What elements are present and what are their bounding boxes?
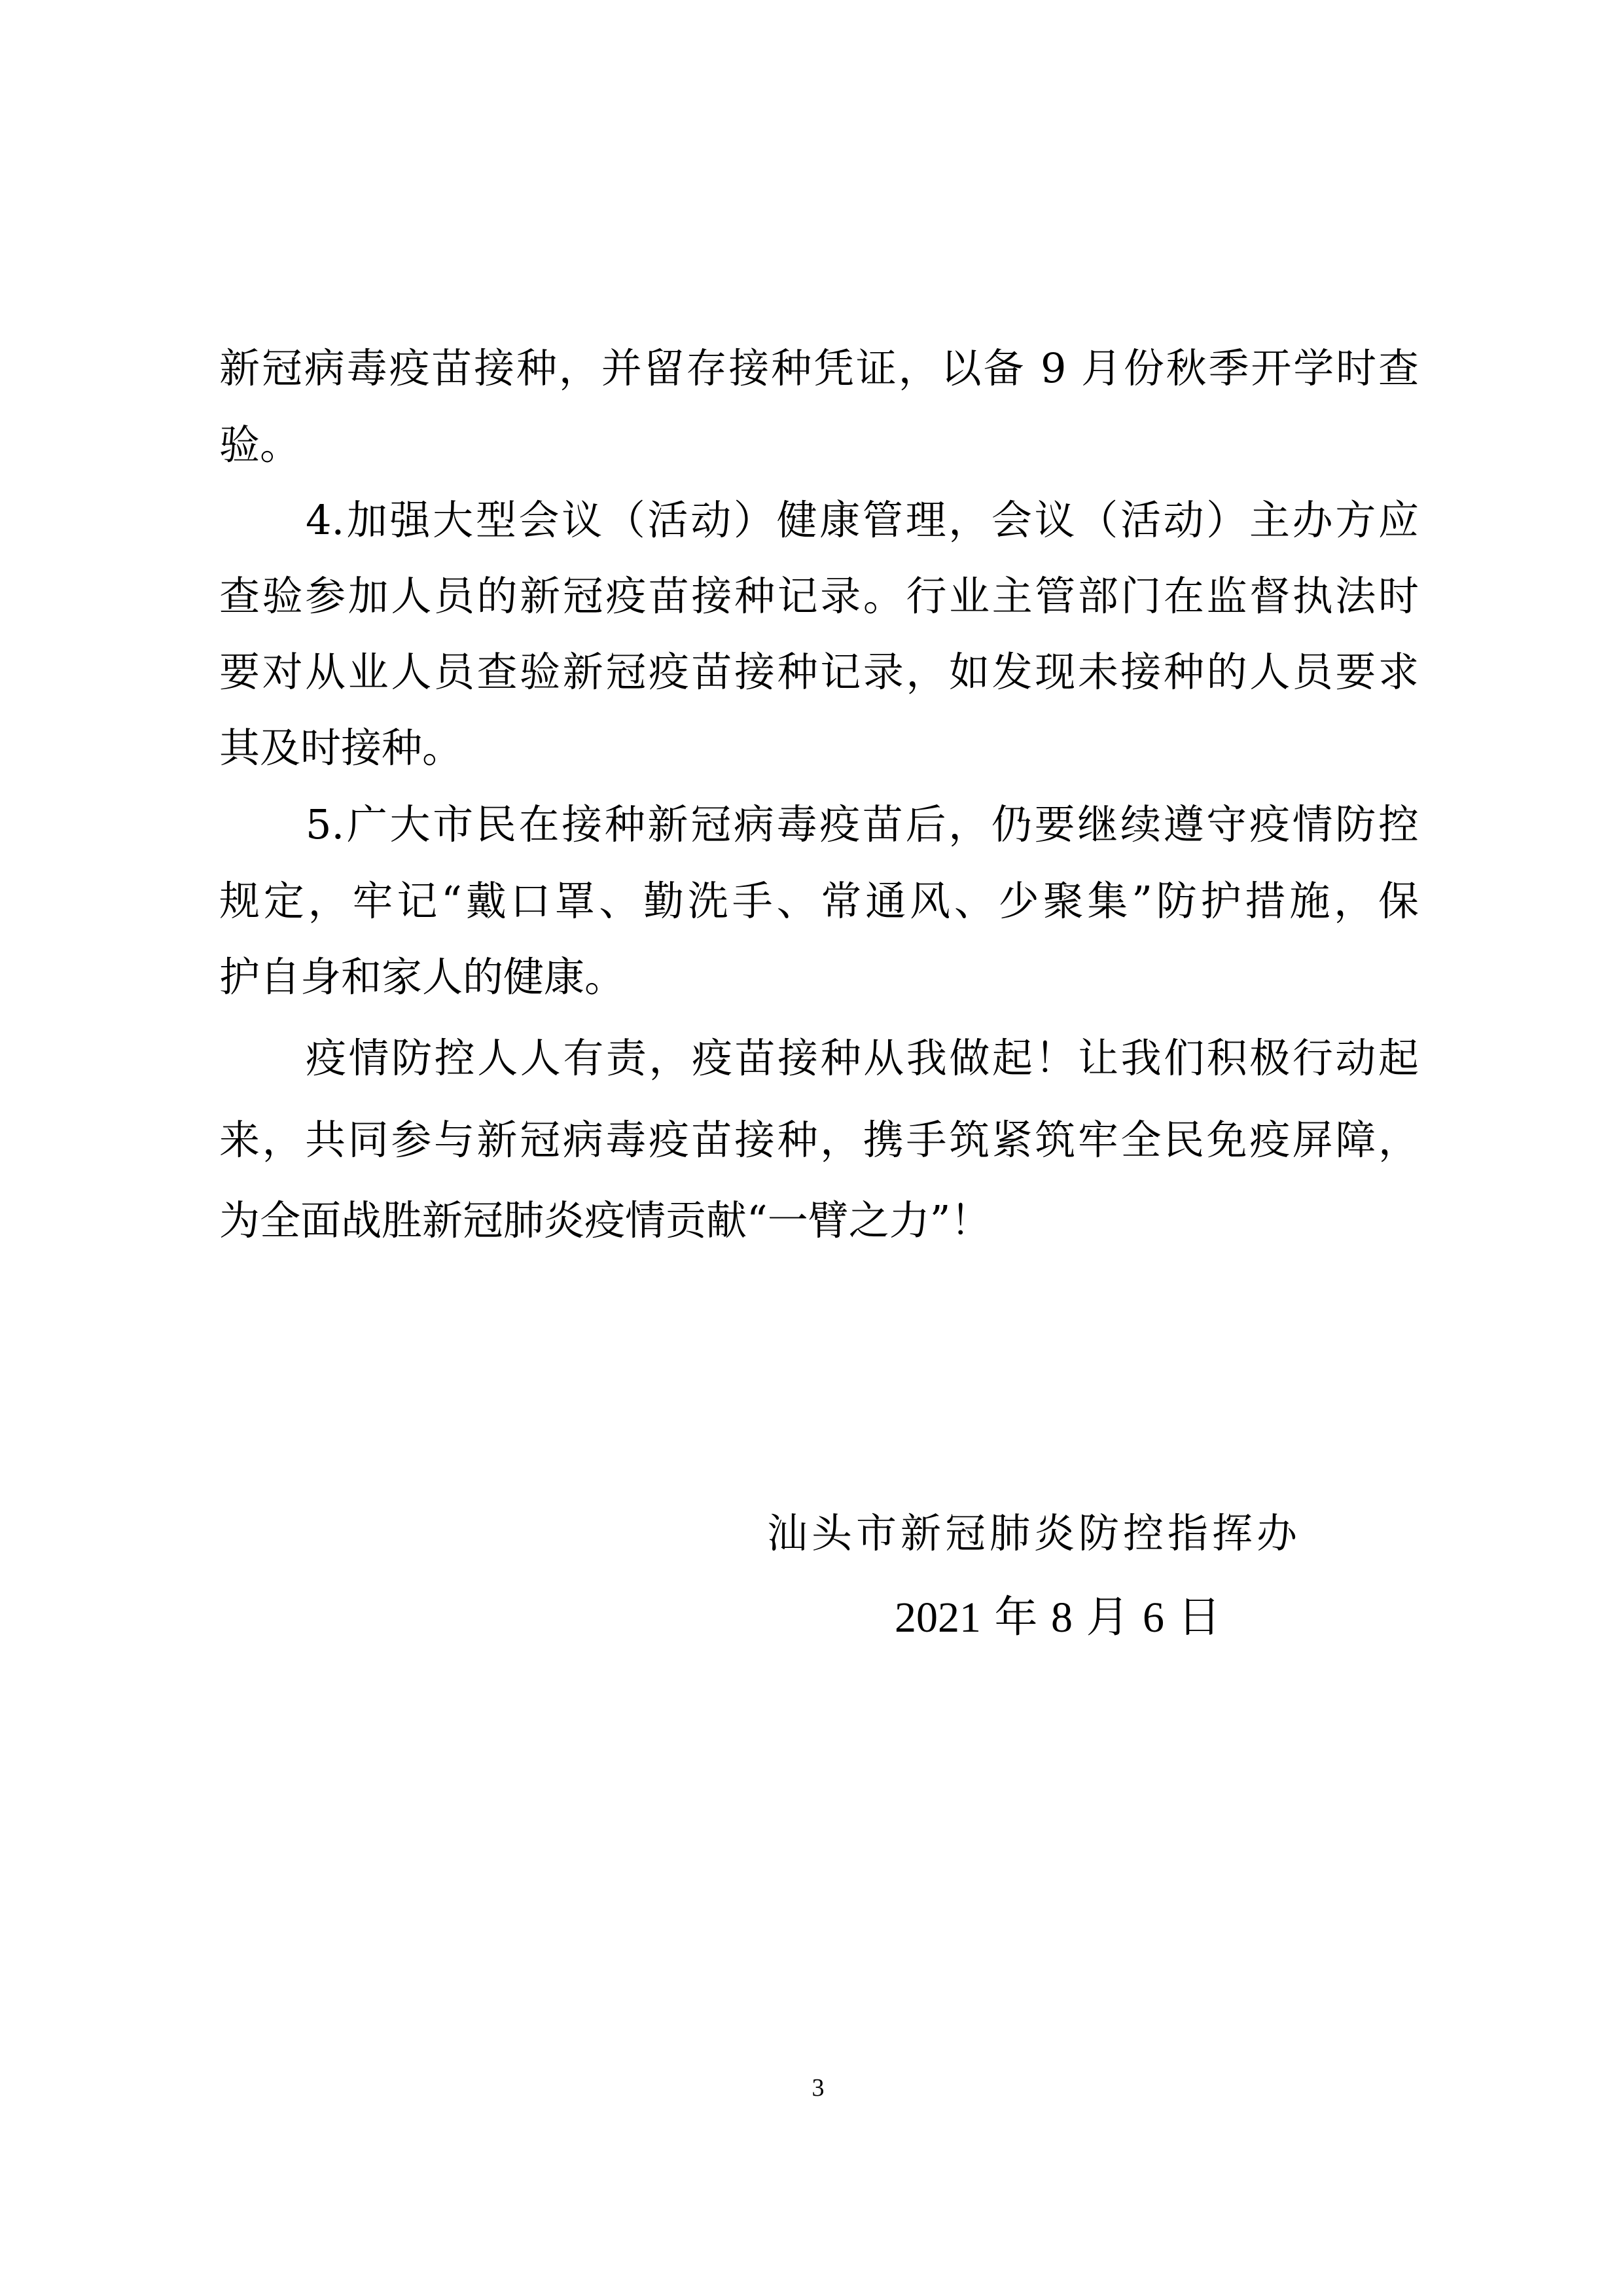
paragraph-line: 5.广大市民在接种新冠病毒疫苗后，仍要继续遵守疫情防控 [306, 798, 1419, 851]
paragraph-line: 验。 [219, 419, 1419, 471]
paragraph-line: 来，共同参与新冠病毒疫苗接种，携手筑紧筑牢全民免疫屏障， [219, 1114, 1419, 1166]
paragraph-line: 其及时接种。 [219, 722, 1419, 774]
page-number: 3 [805, 2072, 831, 2104]
paragraph-line: 新冠病毒疫苗接种，并留存接种凭证，以备 9 月份秋季开学时查 [219, 342, 1419, 395]
document-page: 新冠病毒疫苗接种，并留存接种凭证，以备 9 月份秋季开学时查 验。 4.加强大型… [0, 0, 1623, 2296]
issue-date: 2021 年 8 月 6 日 [895, 1592, 1221, 1644]
paragraph-line: 护自身和家人的健康。 [219, 951, 1419, 1003]
paragraph-line: 规定，牢记“戴口罩、勤洗手、常通风、少聚集”防护措施，保 [219, 875, 1419, 927]
issuer-signature: 汕头市新冠肺炎防控指挥办 [767, 1507, 1301, 1560]
paragraph-line: 疫情防控人人有责，疫苗接种从我做起！让我们积极行动起 [306, 1032, 1419, 1085]
paragraph-line: 要对从业人员查验新冠疫苗接种记录，如发现未接种的人员要求 [219, 646, 1419, 698]
paragraph-line: 查验参加人员的新冠疫苗接种记录。行业主管部门在监督执法时 [219, 570, 1419, 622]
paragraph-line: 为全面战胜新冠肺炎疫情贡献“一臂之力”！ [219, 1194, 1419, 1247]
paragraph-line: 4.加强大型会议（活动）健康管理，会议（活动）主办方应 [306, 494, 1419, 547]
